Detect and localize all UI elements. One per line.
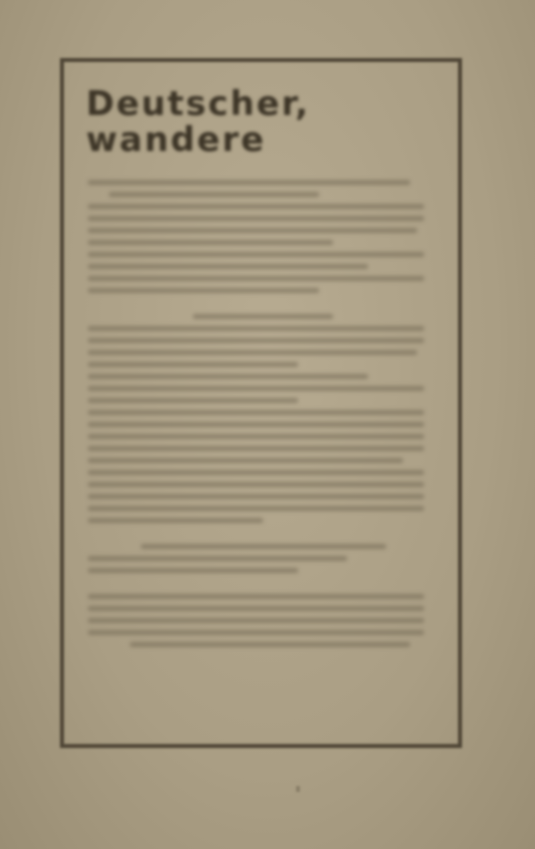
headline-line-2: wandere bbox=[86, 122, 310, 158]
paper-page: Deutscher, wandere bbox=[0, 0, 535, 849]
headline: Deutscher, wandere bbox=[86, 86, 310, 158]
headline-line-1: Deutscher, bbox=[86, 86, 310, 122]
page-number-mark bbox=[296, 786, 300, 792]
body-text-blurred bbox=[88, 180, 438, 654]
